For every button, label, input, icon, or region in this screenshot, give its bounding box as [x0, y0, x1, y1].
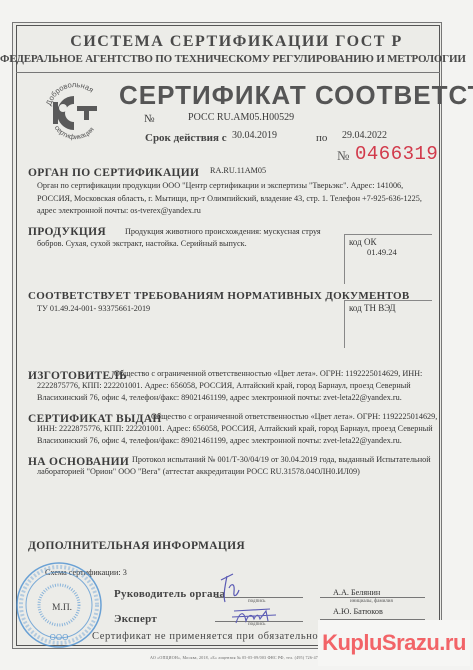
- issued-to-line-3: Власихинский 76, офис 4, телефон/факс: 8…: [37, 435, 402, 448]
- product-label: ПРОДУКЦИЯ: [28, 226, 106, 238]
- svg-text:ООО: ООО: [50, 633, 69, 642]
- ok-code-box: код ОК 01.49.24: [344, 234, 432, 284]
- valid-from: 30.04.2019: [232, 130, 277, 141]
- expert-label: Эксперт: [114, 613, 157, 625]
- ok-code-label: код ОК: [345, 235, 432, 247]
- issued-to-line-1: Общество с ограниченной ответственностью…: [151, 411, 437, 424]
- system-title: СИСТЕМА СЕРТИФИКАЦИИ ГОСТ Р: [0, 33, 473, 51]
- cert-body-text: Орган по сертификации продукции ООО "Цен…: [37, 180, 432, 218]
- additional-info-label: ДОПОЛНИТЕЛЬНАЯ ИНФОРМАЦИЯ: [28, 540, 245, 552]
- cert-body-label: ОРГАН ПО СЕРТИФИКАЦИИ: [28, 167, 199, 179]
- watermark-logo: KupluSrazu.ru: [318, 620, 470, 666]
- product-line-1: Продукция животного происхождения: муску…: [125, 226, 321, 239]
- expert-name: А.Ю. Батюков: [333, 606, 383, 619]
- serial-label: №: [337, 148, 349, 164]
- validity-label: Срок действия с: [145, 132, 227, 144]
- stamp-label: М.П.: [52, 603, 72, 613]
- basis-line-1: Протокол испытаний № 001/Т-30/04/19 от 3…: [132, 454, 431, 467]
- certificate-number: РОСС RU.АМ05.Н00529: [188, 112, 294, 123]
- tnved-code-box: код ТН ВЭД: [344, 300, 432, 348]
- product-line-2: бобров. Сухая, сухой экстракт, настойка.…: [37, 238, 247, 251]
- norms-value: ТУ 01.49.24-001- 93375661-2019: [37, 303, 150, 316]
- mandatory-notice: Сертификат не применяется при обязательн…: [92, 631, 338, 642]
- head-name-caption: инициалы, фамилия: [350, 599, 393, 604]
- rst-logo-icon: Добровольная сертификация: [44, 82, 106, 146]
- head-of-body-label: Руководитель органа: [114, 588, 225, 600]
- manufacturer-line-3: Власихинский 76, офис 4, телефон/факс: 8…: [37, 392, 402, 405]
- certificate-title: СЕРТИФИКАТ СООТВЕТСТВИЯ: [119, 80, 473, 111]
- expert-signature-icon: [230, 605, 278, 627]
- head-signature-icon: [215, 570, 245, 606]
- manufacturer-line-2: 2222875776, КПП: 222201001. Адрес: 65605…: [37, 380, 411, 393]
- valid-to-label: по: [316, 132, 327, 144]
- head-signature-caption: подпись: [248, 599, 265, 604]
- cert-body-code: RA.RU.11АМ05: [210, 165, 266, 178]
- basis-line-2: лабораторией "Орион" ООО "Вега" (аттеста…: [37, 466, 360, 479]
- issued-to-line-2: ИНН: 2222875776, КПП: 222201001. Адрес: …: [37, 423, 433, 436]
- number-label: №: [144, 113, 155, 125]
- header-rule: [16, 72, 440, 73]
- tnved-code-label: код ТН ВЭД: [345, 301, 432, 313]
- ok-code-value: 01.49.24: [345, 247, 432, 257]
- head-name-line: [320, 597, 425, 598]
- manufacturer-line-1: Общество с ограниченной ответственностью…: [114, 368, 422, 381]
- valid-to: 29.04.2022: [342, 130, 387, 141]
- svg-text:сертификация: сертификация: [53, 125, 96, 142]
- agency-name: ФЕДЕРАЛЬНОЕ АГЕНТСТВО ПО ТЕХНИЧЕСКОМУ РЕ…: [0, 53, 450, 65]
- serial-number: 0466319: [355, 143, 438, 165]
